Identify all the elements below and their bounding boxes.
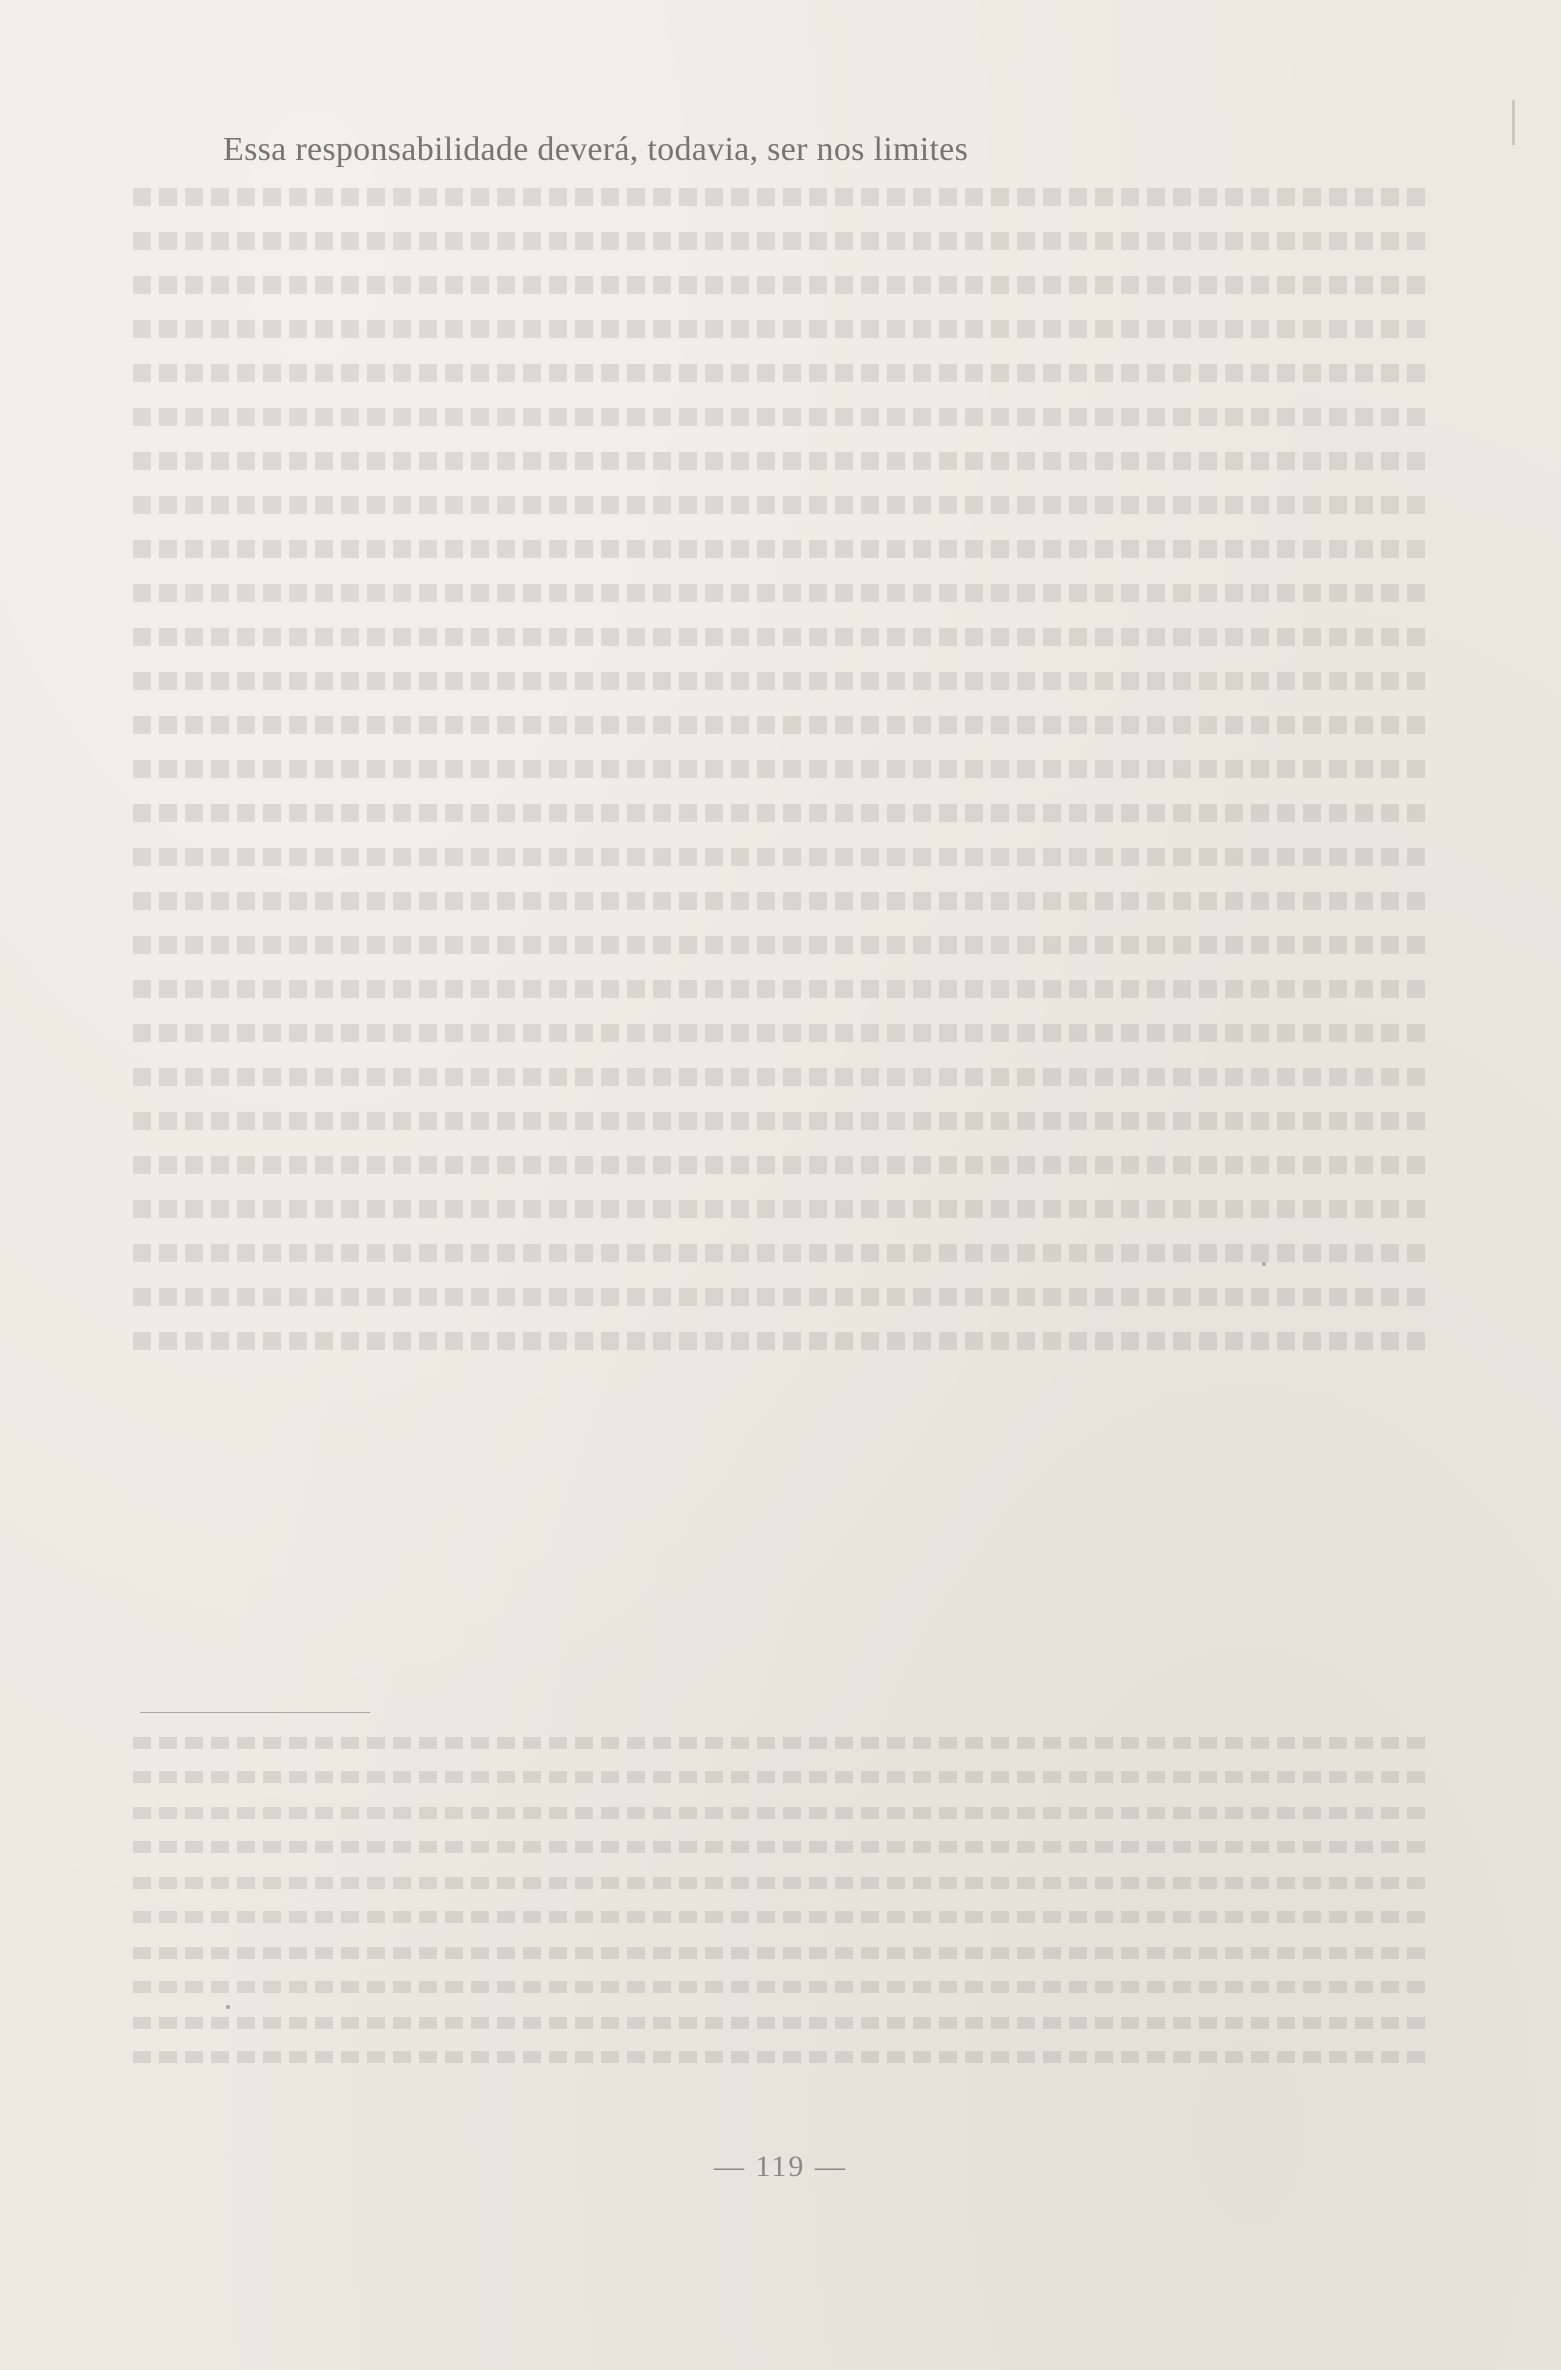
illegible-line — [133, 700, 1433, 744]
illegible-line — [133, 612, 1433, 656]
illegible-line — [133, 524, 1433, 568]
illegible-line — [133, 480, 1433, 524]
illegible-line — [133, 348, 1433, 392]
illegible-line — [133, 1140, 1433, 1184]
illegible-line — [133, 1184, 1433, 1228]
illegible-line — [133, 656, 1433, 700]
illegible-line — [133, 1865, 1433, 1899]
illegible-line — [133, 304, 1433, 348]
footnotes — [133, 1725, 1433, 2075]
illegible-line — [133, 172, 1433, 216]
illegible-line — [133, 832, 1433, 876]
illegible-line — [133, 2039, 1433, 2073]
illegible-line — [133, 920, 1433, 964]
illegible-line — [133, 1272, 1433, 1316]
illegible-line — [133, 1008, 1433, 1052]
illegible-line — [133, 1052, 1433, 1096]
paragraph-2 — [133, 348, 1433, 1096]
illegible-line — [133, 964, 1433, 1008]
illegible-line — [133, 1096, 1433, 1140]
footnote-separator — [140, 1712, 370, 1713]
illegible-line — [133, 568, 1433, 612]
footnote-1 — [133, 1725, 1433, 1793]
illegible-line — [133, 1935, 1433, 1969]
illegible-line — [133, 1725, 1433, 1759]
illegible-line — [133, 1969, 1433, 2003]
paragraph-1: Essa responsabilidade deverá, todavia, s… — [133, 128, 1433, 172]
page-number: — 119 — — [0, 2150, 1561, 2184]
illegible-line — [133, 1316, 1433, 1360]
footnote-5 — [133, 2005, 1433, 2073]
illegible-line — [133, 1795, 1433, 1829]
footnote-4 — [133, 1935, 1433, 2003]
illegible-line — [133, 788, 1433, 832]
book-page: Essa responsabilidade deverá, todavia, s… — [0, 0, 1561, 2370]
margin-mark — [1512, 100, 1515, 145]
illegible-line — [133, 392, 1433, 436]
illegible-line — [133, 744, 1433, 788]
illegible-line — [133, 260, 1433, 304]
scan-speck — [1262, 1262, 1266, 1266]
illegible-line — [133, 1829, 1433, 1863]
illegible-line — [133, 876, 1433, 920]
illegible-line — [133, 1228, 1433, 1272]
illegible-line — [133, 2005, 1433, 2039]
scan-speck — [226, 2005, 230, 2009]
body-text: Essa responsabilidade deverá, todavia, s… — [133, 128, 1433, 1360]
paragraph-1-legible-opening: Essa responsabilidade deverá, todavia, s… — [223, 131, 968, 168]
footnote-2 — [133, 1795, 1433, 1863]
footnote-3 — [133, 1865, 1433, 1933]
paragraph-3 — [133, 1096, 1433, 1360]
illegible-line — [133, 1899, 1433, 1933]
illegible-line — [133, 436, 1433, 480]
illegible-line — [133, 216, 1433, 260]
illegible-line — [133, 1759, 1433, 1793]
